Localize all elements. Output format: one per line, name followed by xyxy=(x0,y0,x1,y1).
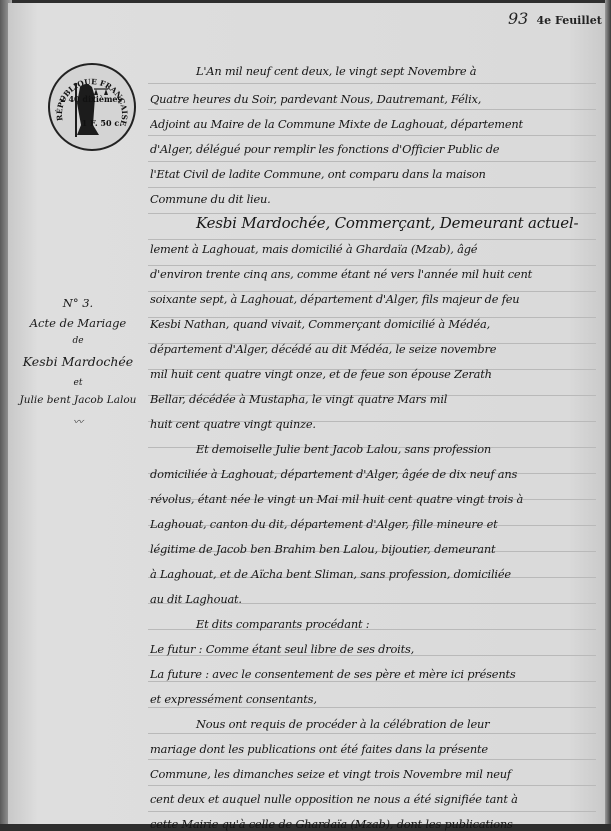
margin-act-number: N° 3. xyxy=(10,296,146,310)
text-line-bride-intro: Et demoiselle Julie bent Jacob Lalou, sa… xyxy=(150,442,611,456)
ruled-line xyxy=(148,681,596,682)
text-line: Commune du dit lieu. xyxy=(150,192,610,206)
register-page: 93 4e Feuillet RÉPUBLIQUE FRANÇAISE 2 40… xyxy=(8,3,606,824)
text-line: Quatre heures du Soir, pardevant Nous, D… xyxy=(150,92,610,106)
margin-act-type: Acte de Mariage xyxy=(10,316,146,330)
text-line: soixante sept, à Laghouat, département d… xyxy=(150,292,610,306)
text-line: d'environ trente cinq ans, comme étant n… xyxy=(150,267,610,281)
text-line-groom-intro: Kesbi Mardochée, Commerçant, Demeurant a… xyxy=(150,214,611,232)
marianne-justice-icon: RÉPUBLIQUE FRANÇAISE xyxy=(50,65,134,149)
text-line: à Laghouat, et de Aïcha bent Sliman, san… xyxy=(150,567,610,581)
ruled-line xyxy=(148,109,596,110)
text-line: lement à Laghouat, mais domicilié à Ghar… xyxy=(150,242,610,256)
text-line: cent deux et auquel nulle opposition ne … xyxy=(150,792,610,806)
page-right-edge xyxy=(605,0,611,824)
ruled-line xyxy=(148,239,596,240)
text-line: Commune, les dimanches seize et vingt tr… xyxy=(150,767,610,781)
text-line: L'An mil neuf cent deux, le vingt sept N… xyxy=(150,64,611,78)
ruled-line xyxy=(148,83,596,84)
text-line: mariage dont les publications ont été fa… xyxy=(150,742,610,756)
margin-bride-name: Julie bent Jacob Lalou xyxy=(10,394,146,406)
text-line: huit cent quatre vingt quinze. xyxy=(150,417,610,431)
stamp-denomination-bottom: 1 F. 50 c. xyxy=(82,119,122,127)
text-line: La future : avec le consentement de ses … xyxy=(150,667,610,681)
margin-flourish: 〰 xyxy=(10,413,146,428)
text-line: domiciliée à Laghouat, département d'Alg… xyxy=(150,467,610,481)
text-line: Bellar, décédée à Mustapha, le vingt qua… xyxy=(150,392,610,406)
margin-groom-name: Kesbi Mardochée xyxy=(10,354,146,369)
text-line: au dit Laghouat. xyxy=(150,592,610,606)
text-line: légitime de Jacob ben Brahim ben Lalou, … xyxy=(150,542,610,556)
text-line: d'Alger, délégué pour remplir les foncti… xyxy=(150,142,610,156)
ruled-line xyxy=(148,811,596,812)
text-line: département d'Alger, décédé au dit Médéa… xyxy=(150,342,610,356)
text-line: l'Etat Civil de ladite Commune, ont comp… xyxy=(150,167,610,181)
text-line: révolus, étant née le vingt un Mai mil h… xyxy=(150,492,610,506)
fiscal-stamp: RÉPUBLIQUE FRANÇAISE 2 40 dixièmes 1 F. … xyxy=(48,63,136,151)
text-line: Kesbi Nathan, quand vivait, Commerçant d… xyxy=(150,317,610,331)
text-line: Le futur : Comme étant seul libre de ses… xyxy=(150,642,610,656)
ruled-line xyxy=(148,161,596,162)
ruled-line xyxy=(148,785,596,786)
ruled-line xyxy=(148,733,596,734)
ruled-line xyxy=(148,135,596,136)
text-line: cette Mairie qu'à celle de Ghardaïa (Mza… xyxy=(150,817,610,824)
folio-number: 93 xyxy=(508,9,528,28)
stamp-denomination-top: 2 40 dixièmes xyxy=(60,95,122,103)
margin-and: et xyxy=(10,378,146,388)
ruled-line xyxy=(148,187,596,188)
ruled-line xyxy=(148,265,596,266)
text-line: mil huit cent quatre vingt onze, et de f… xyxy=(150,367,610,381)
folio-header: 93 4e Feuillet xyxy=(508,9,602,28)
ruled-line xyxy=(148,759,596,760)
text-line: et expressément consentants, xyxy=(150,692,610,706)
text-line: Nous ont requis de procéder à la célébra… xyxy=(150,717,611,731)
text-line: Adjoint au Maire de la Commune Mixte de … xyxy=(150,117,610,131)
text-line: Et dits comparants procédant : xyxy=(150,617,611,631)
text-line: Laghouat, canton du dit, département d'A… xyxy=(150,517,610,531)
ruled-line xyxy=(148,707,596,708)
margin-between: de xyxy=(10,336,146,346)
sheet-label: 4e Feuillet xyxy=(537,14,602,27)
